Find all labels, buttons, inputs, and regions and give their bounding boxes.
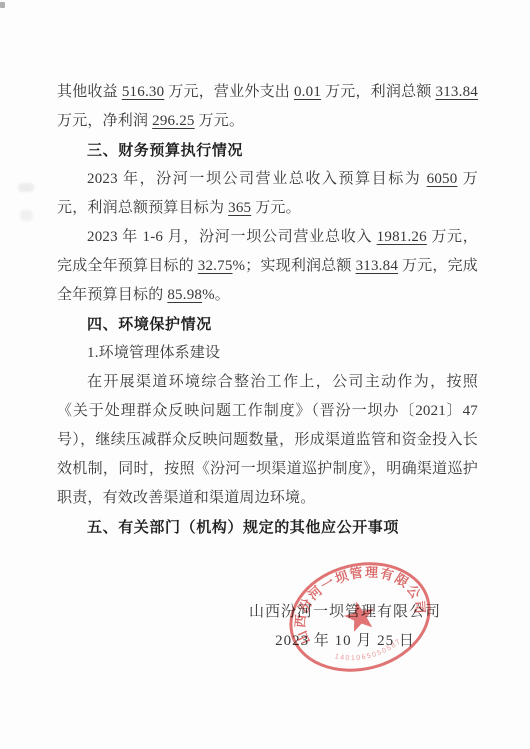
signature-date: 2023 年 10 月 25 日 — [225, 627, 465, 656]
paragraph: 在开展渠道环境综合整治工作上，公司主动作为，按照《关于处理群众反映问题工作制度》… — [57, 368, 478, 513]
scan-artifact — [0, 2, 5, 8]
section-heading: 三、财务预算执行情况 — [57, 136, 478, 165]
paragraph: 2023 年 1-6 月，汾河一坝公司营业总收入 1981.26 万元，完成全年… — [57, 223, 478, 310]
signature-block: 山西汾河一坝管理有限公司 2023 年 10 月 25 日 — [225, 598, 465, 656]
scan-artifact — [18, 183, 34, 192]
paragraph: 2023 年，汾河一坝公司营业总收入预算目标为 6050 万元，利润总额预算目标… — [57, 165, 478, 223]
signature-company: 山西汾河一坝管理有限公司 — [225, 598, 465, 627]
section-heading: 五、有关部门（机构）规定的其他应公开事项 — [57, 513, 478, 542]
paragraph: 1.环境管理体系建设 — [57, 339, 478, 368]
document-body: 其他收益 516.30 万元，营业外支出 0.01 万元，利润总额 313.84… — [57, 78, 478, 542]
paragraph: 其他收益 516.30 万元，营业外支出 0.01 万元，利润总额 313.84… — [57, 78, 478, 136]
scanned-document-page: 其他收益 516.30 万元，营业外支出 0.01 万元，利润总额 313.84… — [0, 0, 530, 749]
section-heading: 四、环境保护情况 — [57, 310, 478, 339]
scan-artifact — [20, 210, 33, 221]
